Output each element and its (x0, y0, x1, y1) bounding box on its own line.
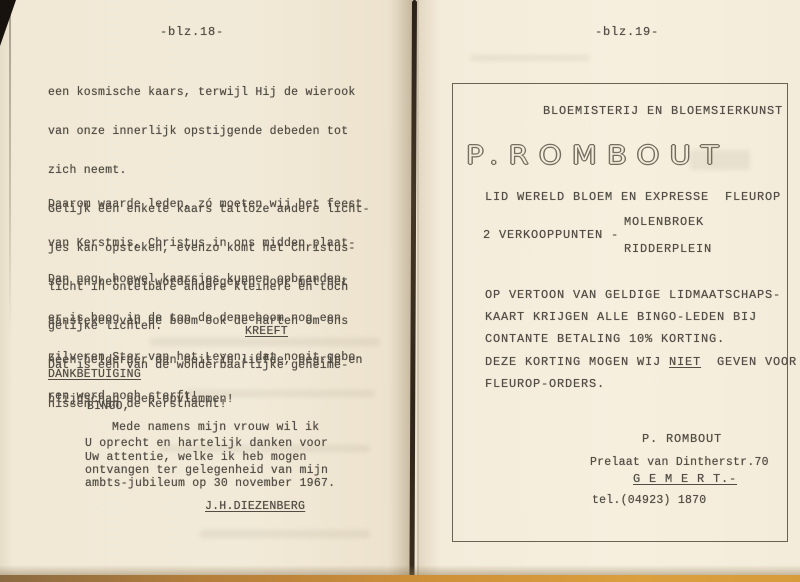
letter-line: ambts-jubileum op 30 november 1967. (85, 477, 335, 490)
ad-address-phone: tel.(04923) 1870 (592, 494, 706, 507)
discount-line4-before: DEZE KORTING MOGEN WIJ (485, 355, 669, 369)
ad-discount-line: CONTANTE BETALING 10% KORTING. (485, 333, 725, 346)
ad-category-line: BLOEMISTERIJ EN BLOEMSIERKUNST (543, 105, 783, 118)
letter-line: ontvangen ter gelegenheid van mijn (85, 464, 328, 477)
scanned-booklet-spread: -blz.18- een kosmische kaars, terwijl Hi… (0, 0, 800, 582)
bleed-through-artifact (160, 445, 370, 452)
book-cover-edge (0, 575, 800, 582)
ad-outlet-molenbroek: MOLENBROEK (624, 216, 704, 229)
left-page-number: -blz.18- (160, 26, 224, 39)
ad-discount-line: OP VERTOON VAN GELDIGE LIDMAATSCHAPS- (485, 289, 781, 302)
kreeft-signature: KREEFT (245, 325, 288, 338)
ad-address-street: Prelaat van Dintherstr.70 (590, 456, 769, 469)
bleed-through-artifact (185, 390, 375, 397)
bleed-through-artifact (470, 55, 590, 61)
spine-shadow (388, 0, 412, 576)
discount-line4-after: GEVEN VOOR (701, 355, 797, 369)
ad-membership-line: LID WERELD BLOEM EN EXPRESSE FLEUROP (485, 191, 781, 204)
dankbetuiging-heading: DANKBETUIGING (48, 368, 141, 381)
letter-line: Mede namens mijn vrouw wil ik (112, 421, 319, 434)
page-bottom-shadow (0, 565, 800, 575)
bleed-through-artifact (690, 150, 750, 170)
ad-outlet-ridderplein: RIDDERPLEIN (624, 243, 712, 256)
ad-discount-line: DEZE KORTING MOGEN WIJ NIET GEVEN VOOR (485, 356, 797, 369)
discount-niet-emphasis: NIET (669, 355, 701, 369)
ad-discount-line: FLEUROP-ORDERS. (485, 378, 605, 391)
bleed-through-artifact (150, 338, 380, 346)
ad-address-name: P. ROMBOUT (642, 433, 722, 446)
left-page-edge (9, 0, 11, 330)
letter-salutation: BINGO, (87, 400, 130, 413)
right-page-number: -blz.19- (595, 26, 659, 39)
letter-line: Uw attentie, welke ik heb mogen (85, 451, 307, 464)
ad-outlets-label: 2 VERKOOPPUNTEN - (483, 229, 619, 242)
letter-signature: J.H.DIEZENBERG (205, 500, 305, 513)
ad-discount-line: KAART KRIJGEN ALLE BINGO-LEDEN BIJ (485, 311, 757, 324)
ad-address-city: G E M E R T.- (633, 473, 737, 486)
bleed-through-artifact (200, 530, 370, 538)
